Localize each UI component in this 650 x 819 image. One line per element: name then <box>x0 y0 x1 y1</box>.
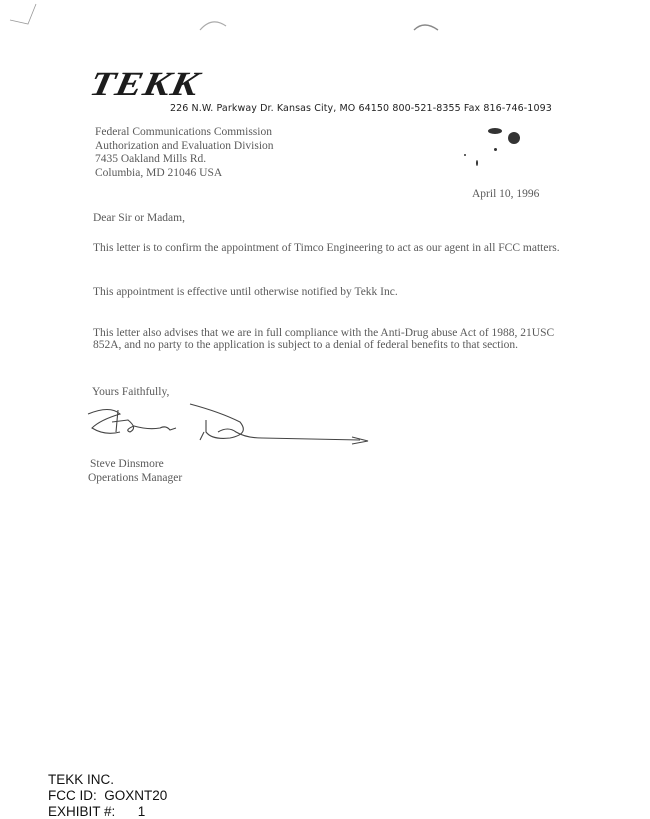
recipient-line: Federal Communications Commission <box>95 126 274 140</box>
recipient-line: Columbia, MD 21046 USA <box>95 167 274 181</box>
salutation: Dear Sir or Madam, <box>93 212 185 224</box>
signatory-title: Operations Manager <box>88 472 182 484</box>
body-paragraph-3: This letter also advises that we are in … <box>93 327 568 351</box>
signatory-name: Steve Dinsmore <box>90 458 164 470</box>
scan-artifacts <box>0 0 650 819</box>
letter-date: April 10, 1996 <box>472 188 539 200</box>
recipient-line: 7435 Oakland Mills Rd. <box>95 153 274 167</box>
exhibit-stamp: TEKK INC. FCC ID: GOXNT20 EXHIBIT #: 1 <box>48 772 167 819</box>
body-paragraph-2: This appointment is effective until othe… <box>93 286 568 298</box>
exhibit-company: TEKK INC. <box>48 772 167 788</box>
closing: Yours Faithfully, <box>92 386 169 398</box>
signature <box>88 410 176 434</box>
company-logo: TEKK <box>87 68 202 100</box>
exhibit-fcc-id: FCC ID: GOXNT20 <box>48 788 167 804</box>
letter-page: TEKK 226 N.W. Parkway Dr. Kansas City, M… <box>0 0 650 819</box>
body-paragraph-1: This letter is to confirm the appointmen… <box>93 242 568 254</box>
letterhead-address: 226 N.W. Parkway Dr. Kansas City, MO 641… <box>170 103 552 114</box>
recipient-line: Authorization and Evaluation Division <box>95 140 274 154</box>
recipient-address: Federal Communications Commission Author… <box>95 126 274 180</box>
exhibit-number: EXHIBIT #: 1 <box>48 804 167 819</box>
